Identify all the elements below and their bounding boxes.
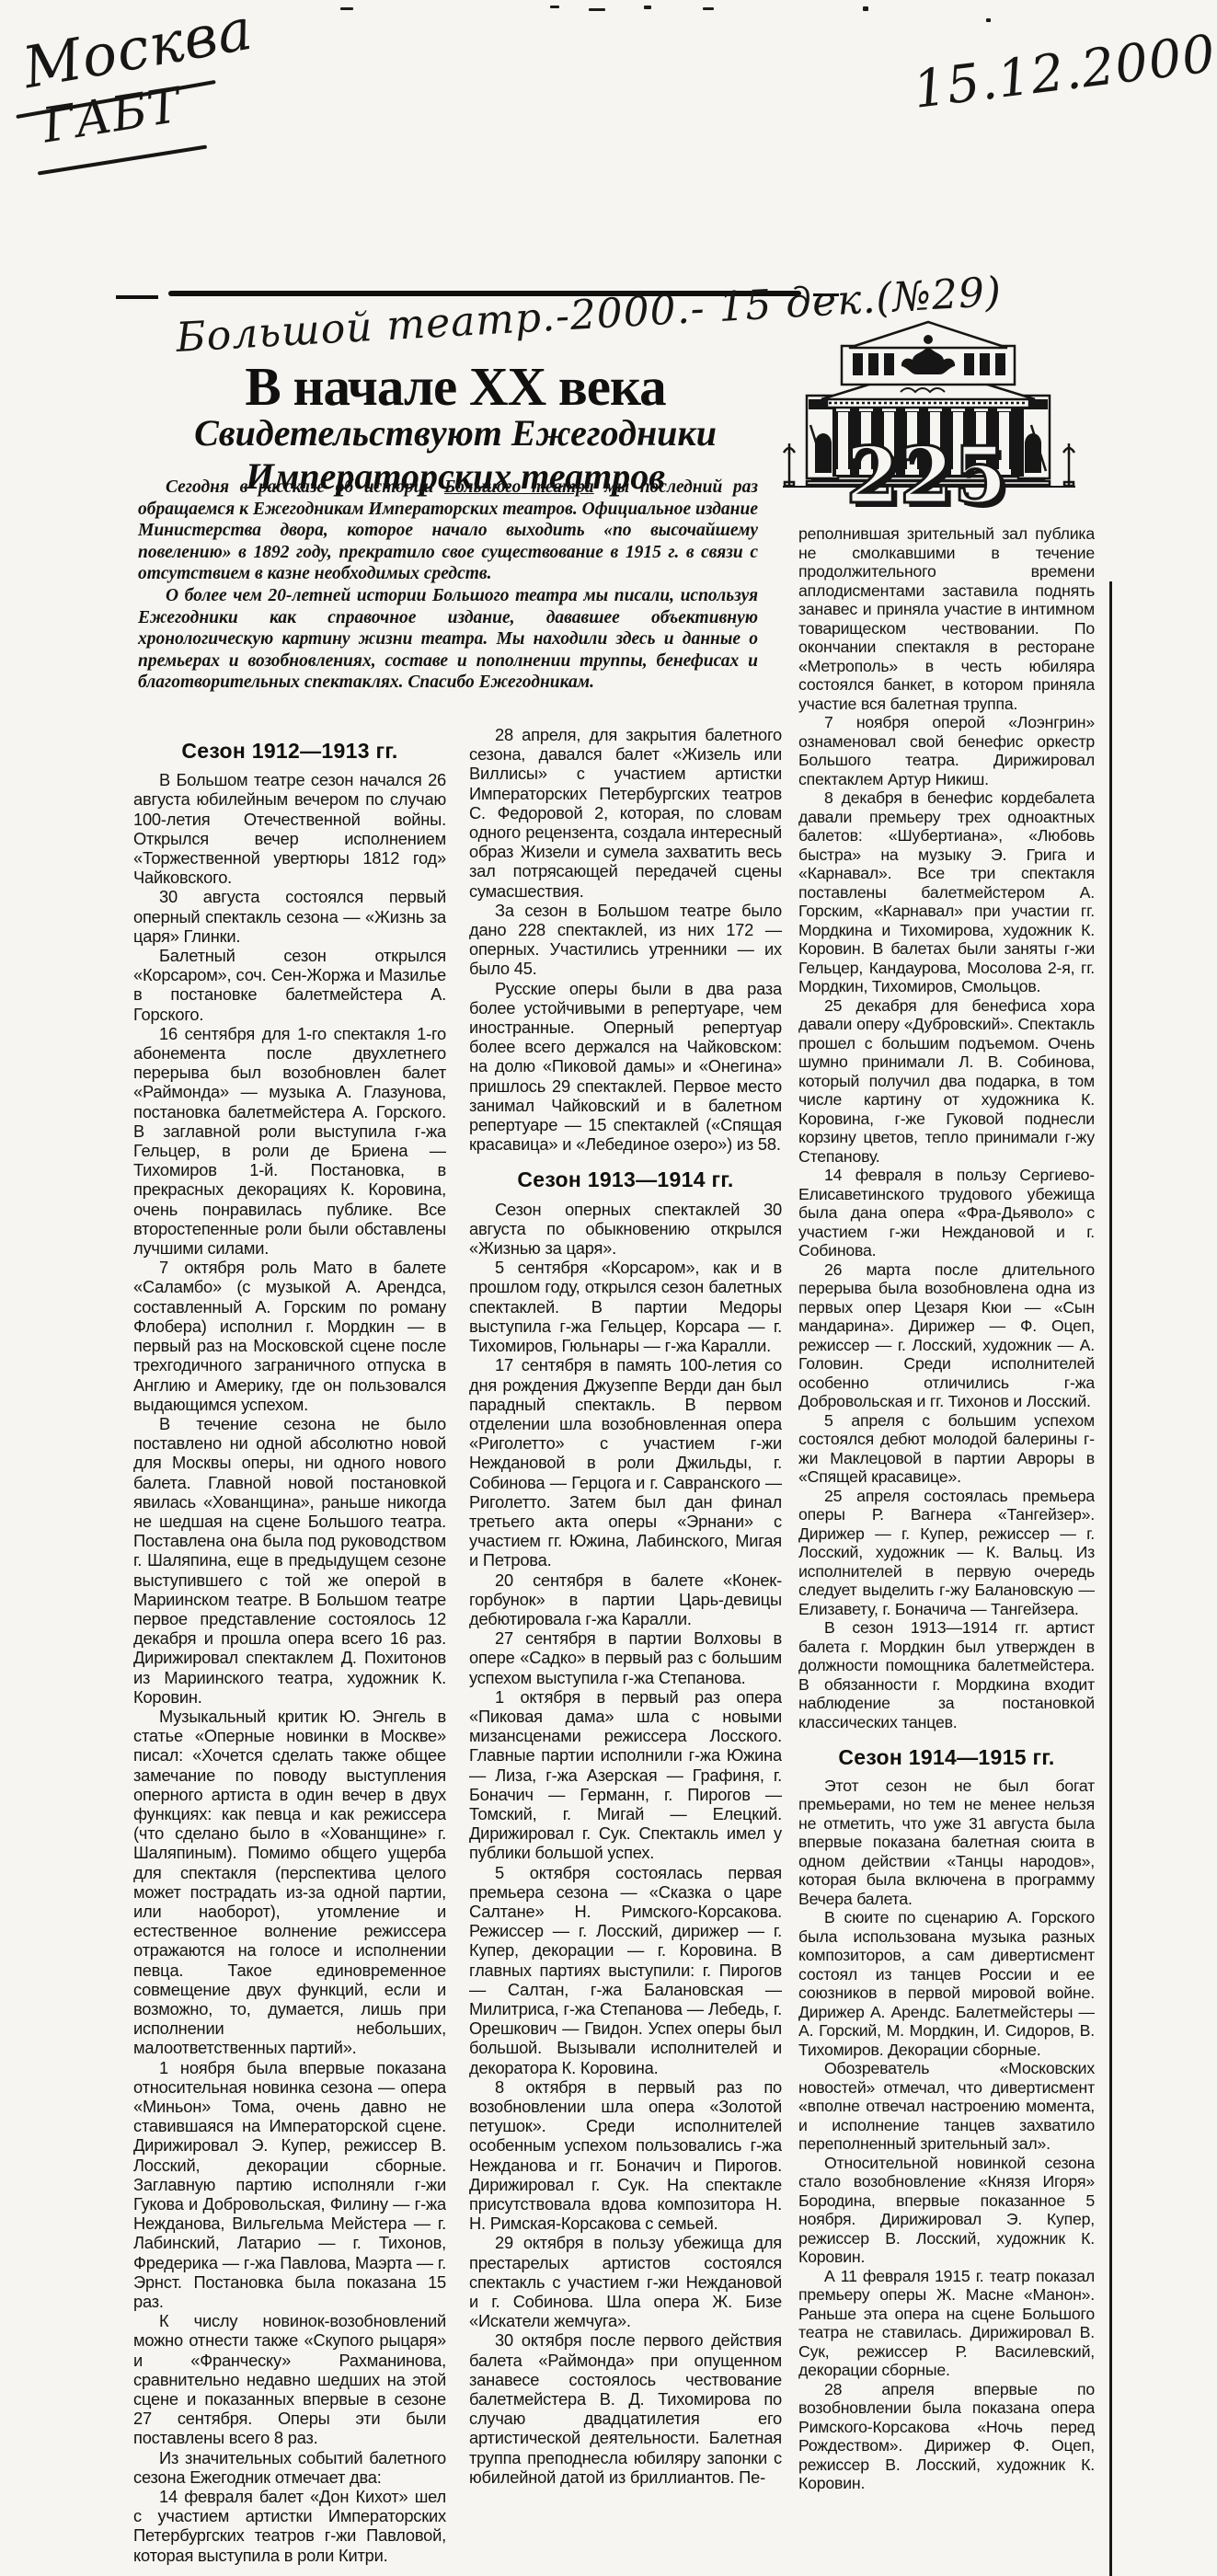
article-paragraph: 8 декабря в бенефис кордебалета давали п… — [798, 788, 1095, 996]
anniversary-number: 225 — [845, 430, 1006, 512]
article-paragraph: реполнившая зрительный зал публика не см… — [798, 524, 1095, 713]
scan-speckle — [589, 8, 605, 11]
article-paragraph: 14 февраля в пользу Сергиево-Елисаветинс… — [798, 1166, 1095, 1260]
street-lamp-icon — [1063, 443, 1074, 486]
article-column-1: Сезон 1912—1913 гг.В Большом театре сезо… — [133, 725, 446, 2576]
article-paragraph: 25 апреля состоялась премьера оперы Р. В… — [798, 1487, 1095, 1619]
article-paragraph: Этот сезон не был богат премьерами, но т… — [798, 1777, 1095, 1909]
top-rule-dash — [116, 295, 158, 299]
article-paragraph: 16 сентября для 1-го спектакля 1-го абон… — [133, 1024, 446, 1258]
scan-speckle — [703, 7, 714, 10]
article-paragraph: Относительной новинкой сезона стало возо… — [798, 2154, 1095, 2267]
article-paragraph: 8 октября в первый раз по возобновлении … — [469, 2077, 782, 2234]
article-paragraph: 26 марта после длительного перерыва была… — [798, 1260, 1095, 1411]
article-paragraph: В сезон 1913—1914 гг. артист балета г. М… — [798, 1618, 1095, 1731]
lead-paragraph: О более чем 20-летней истории Большого т… — [138, 585, 758, 694]
season-heading: Сезон 1914—1915 гг. — [798, 1748, 1095, 1767]
article-paragraph: 29 октября в пользу убежища для престаре… — [469, 2233, 782, 2330]
scan-speckle — [986, 18, 991, 22]
article-paragraph: 28 апреля впервые по возобновлении была … — [798, 2380, 1095, 2493]
article-paragraph: 20 сентября в балете «Конек-горбунок» в … — [469, 1570, 782, 1629]
article-paragraph: К числу новинок-возобновлений можно отне… — [133, 2311, 446, 2447]
article-paragraph: Из значительных событий балетного сезона… — [133, 2448, 446, 2487]
article-paragraph: 30 августа состоялся первый оперный спек… — [133, 887, 446, 946]
article-paragraph: Сезон оперных спектаклей 30 августа по о… — [469, 1200, 782, 1259]
article-paragraph: Русские оперы были в два раза более усто… — [469, 979, 782, 1155]
article-paragraph: 5 октября состоялась первая премьера сез… — [469, 1863, 782, 2077]
underlined-phrase: Большого театра — [444, 477, 594, 497]
article-paragraph: 7 октября роль Мато в балете «Саламбо» (… — [133, 1258, 446, 1414]
article-column-3: реполнившая зрительный зал публика не см… — [798, 524, 1095, 2576]
article-paragraph: 5 сентября «Корсаром», как и в прошлом г… — [469, 1258, 782, 1355]
column-right-rule — [1109, 581, 1112, 2576]
season-heading: Сезон 1913—1914 гг. — [469, 1170, 782, 1190]
article-paragraph: В Большом театре сезон начался 26 август… — [133, 770, 446, 887]
street-lamp-icon — [784, 443, 795, 486]
article-paragraph: 30 октября после первого действия балета… — [469, 2330, 782, 2487]
lead-paragraph: Сегодня в рассказе об истории Большого т… — [138, 477, 758, 585]
subtitle-line: Свидетельствуют Ежегодники — [194, 412, 717, 454]
article-paragraph: 28 апреля, для закрытия балетного сезона… — [469, 725, 782, 901]
article-column-2: 28 апреля, для закрытия балетного сезона… — [469, 725, 782, 2576]
article-title: В начале XX века — [138, 355, 773, 419]
article-paragraph: 14 февраля балет «Дон Кихот» шел с участ… — [133, 2487, 446, 2565]
article-paragraph: В течение сезона не было поставлено ни о… — [133, 1414, 446, 1707]
article-paragraph: 17 сентября в память 100-летия со дня ро… — [469, 1355, 782, 1570]
article-lead: Сегодня в рассказе об истории Большого т… — [138, 477, 758, 694]
article-paragraph: Балетный сезон открылся «Корсаром», соч.… — [133, 946, 446, 1024]
article-paragraph: Музыкальный критик Ю. Энгель в статье «О… — [133, 1707, 446, 2058]
scan-speckle — [644, 6, 651, 9]
article-paragraph: Обозреватель «Московских новостей» отмеч… — [798, 2059, 1095, 2154]
scan-speckle — [550, 6, 559, 8]
bolshoi-theatre-illustration: 225 225 — [781, 315, 1077, 512]
article-paragraph: 5 апреля с большим успехом состоялся деб… — [798, 1411, 1095, 1487]
scan-speckle — [340, 7, 353, 10]
article-paragraph: 7 ноября оперой «Лоэнгрин» ознаменовал с… — [798, 713, 1095, 788]
article-paragraph: В сюите по сценарию А. Горского была исп… — [798, 1908, 1095, 2059]
article-paragraph: 27 сентября в партии Волховы в опере «Са… — [469, 1628, 782, 1687]
season-heading: Сезон 1912—1913 гг. — [133, 742, 446, 761]
article-paragraph: 1 ноября была впервые показана относител… — [133, 2058, 446, 2312]
handwritten-date: 15.12.2000 — [910, 24, 1217, 121]
article-paragraph: А 11 февраля 1915 г. театр показал премь… — [798, 2267, 1095, 2380]
article-paragraph: 1 октября в первый раз опера «Пиковая да… — [469, 1687, 782, 1863]
scan-speckle — [863, 6, 868, 11]
article-paragraph: За сезон в Большом театре было дано 228 … — [469, 901, 782, 979]
scanned-newspaper-page: Москва ГАБТ 15.12.2000 Большой театр.-20… — [0, 0, 1217, 2576]
article-paragraph: 25 декабря для бенефиса хора давали опер… — [798, 996, 1095, 1167]
